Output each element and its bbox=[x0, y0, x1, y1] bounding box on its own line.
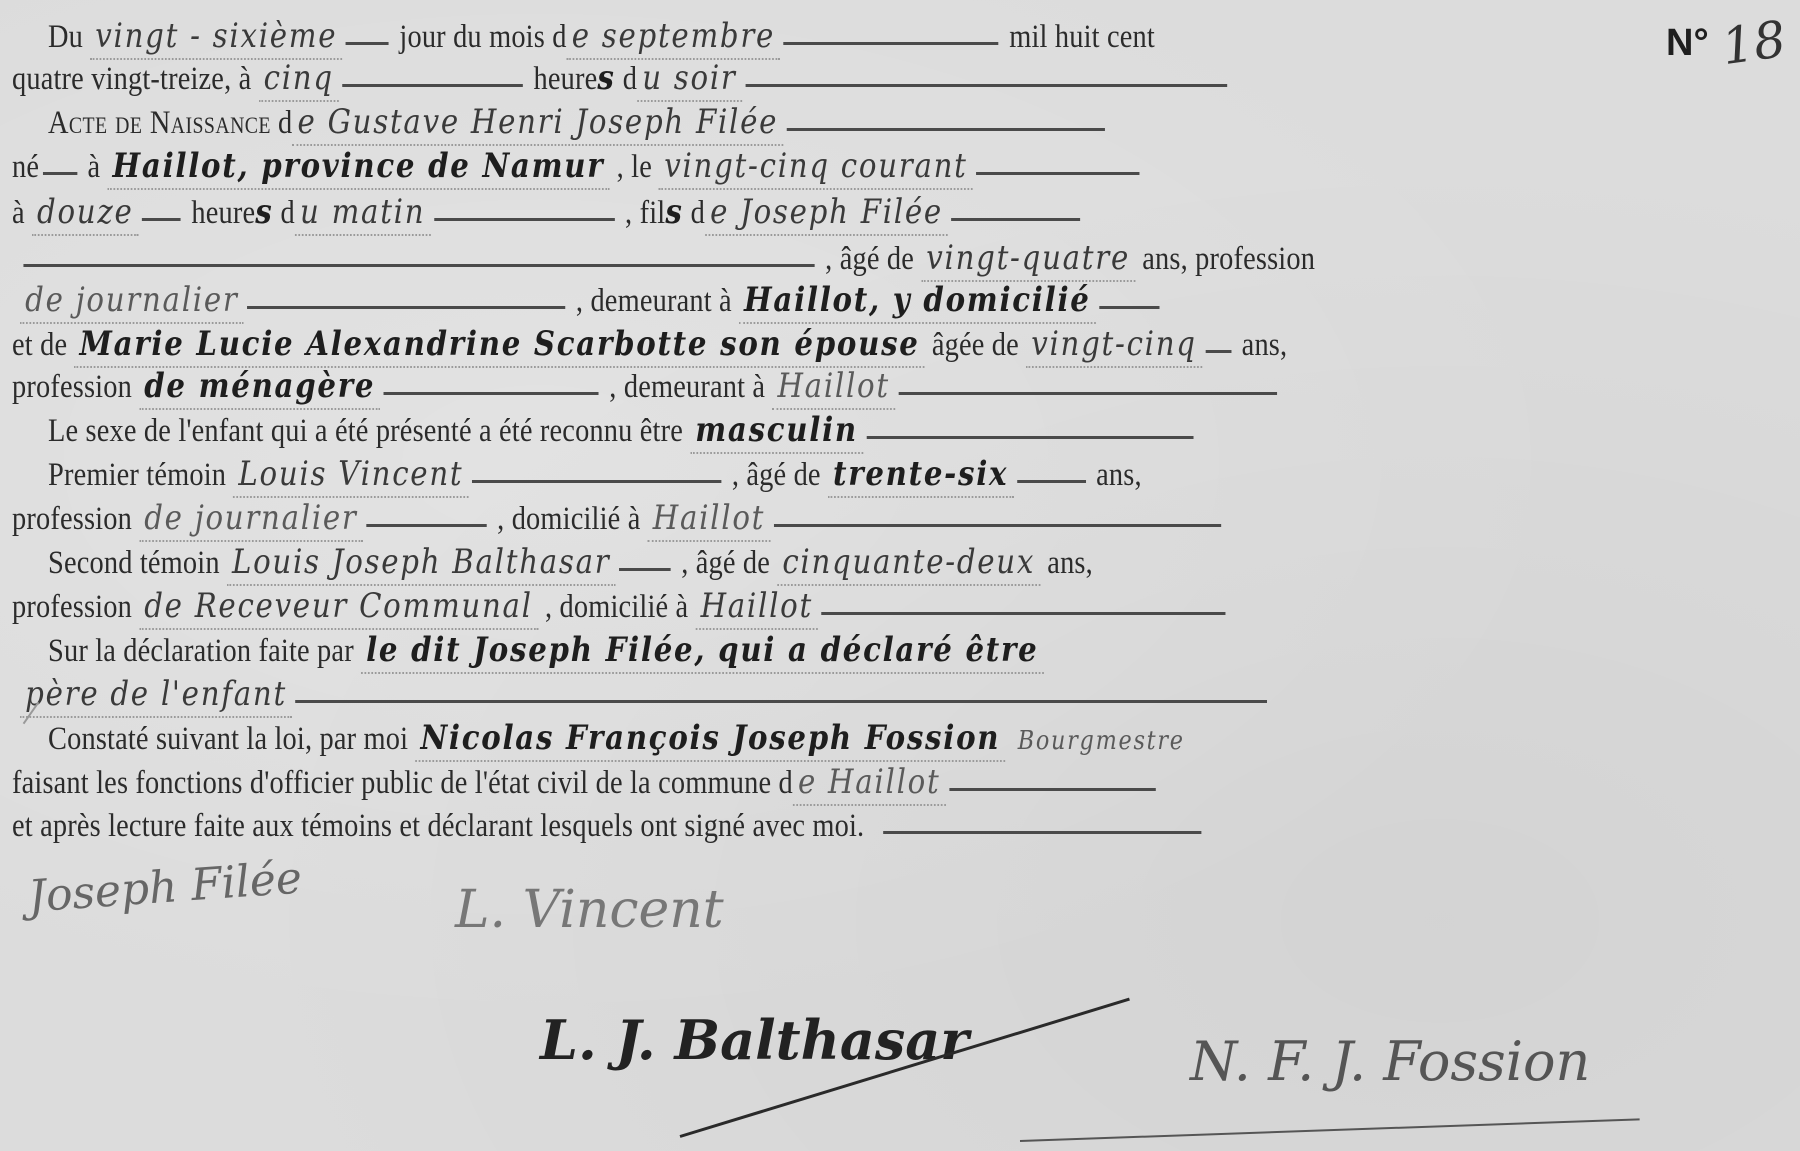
printed-profession: profession bbox=[12, 589, 132, 625]
line-second-witness-profession: profession de Receveur Communal , domici… bbox=[12, 584, 1229, 628]
line-mother-profession: profession de ménagère , demeurant à Hai… bbox=[12, 364, 1280, 408]
handwritten-father-profession: de journalier bbox=[20, 278, 244, 324]
filler-stroke bbox=[1205, 349, 1231, 353]
handwritten-hour: cinq bbox=[258, 56, 338, 102]
printed-ans-profession: ans, profession bbox=[1142, 241, 1315, 277]
handwritten-second-witness-profession: de Receveur Communal bbox=[139, 584, 538, 630]
handwritten-officer-title: Bourgmestre bbox=[1013, 719, 1190, 763]
handwritten-commune: e Haillot bbox=[793, 760, 946, 806]
line-declarant-relation: père de l'enfant bbox=[20, 672, 1271, 716]
printed-d: d bbox=[691, 195, 705, 231]
line-birth-hour-father: à douze heures du matin , fils de Joseph… bbox=[12, 190, 1084, 234]
line-declarant: Sur la déclaration faite par le dit Jose… bbox=[48, 628, 1044, 672]
printed-agee-de: âgée de bbox=[932, 327, 1019, 363]
filler-stroke bbox=[296, 699, 1268, 703]
signature-officer: N. F. J. Fossion bbox=[1190, 1030, 1590, 1093]
handwritten-child-name: e Gustave Henri Joseph Filée bbox=[292, 100, 783, 146]
printed-age-de: , âgé de bbox=[681, 545, 770, 581]
handwritten-birth-hour: douze bbox=[32, 190, 139, 236]
printed-d: d bbox=[278, 105, 292, 141]
printed-closing-statement: et après lecture faite aux témoins et dé… bbox=[12, 808, 864, 844]
filler-stroke bbox=[745, 83, 1227, 87]
line-year-hour: quatre vingt-treize, à cinq heures du so… bbox=[12, 56, 1230, 100]
printed-demeurant: , demeurant à bbox=[576, 283, 732, 319]
printed-acte-de-naissance: Acte de Naissance bbox=[48, 105, 271, 141]
handwritten-first-witness-age: trente-six bbox=[828, 452, 1014, 498]
filler-stroke bbox=[898, 391, 1276, 395]
line-first-witness-profession: profession de journalier , domicilié à H… bbox=[12, 496, 1224, 540]
line-date-day: Du vingt - sixième jour du mois de septe… bbox=[48, 14, 1155, 58]
filler-stroke bbox=[883, 830, 1201, 834]
printed-a: à bbox=[88, 149, 101, 185]
line-birthplace: né à Haillot, province de Namur , le vin… bbox=[12, 144, 1143, 188]
printed-a: à bbox=[12, 195, 25, 231]
filler-stroke bbox=[867, 435, 1194, 439]
printed-constate: Constaté suivant la loi, par moi bbox=[48, 721, 408, 757]
signature-declarant: Joseph Filée bbox=[27, 853, 304, 923]
line-father-age: , âgé de vingt-quatre ans, profession bbox=[20, 236, 1315, 280]
filler-stroke bbox=[342, 83, 523, 87]
handwritten-father-residence: Haillot, y domicilié bbox=[739, 278, 1096, 324]
handwritten-second-witness-age: cinquante-deux bbox=[777, 540, 1040, 586]
printed-du: Du bbox=[48, 19, 83, 55]
line-second-witness: Second témoin Louis Joseph Balthasar , â… bbox=[48, 540, 1093, 584]
act-number-value: 18 bbox=[1718, 10, 1789, 76]
line-first-witness: Premier témoin Louis Vincent , âgé de tr… bbox=[48, 452, 1142, 496]
printed-le: , le bbox=[617, 149, 652, 185]
printed-demeurant: , demeurant à bbox=[609, 369, 765, 405]
printed-ans: ans, bbox=[1096, 457, 1142, 493]
line-officer: Constaté suivant la loi, par moi Nicolas… bbox=[48, 716, 1190, 760]
handwritten-fils-s: s bbox=[665, 190, 683, 234]
line-commune: faisant les fonctions d'officier public … bbox=[12, 760, 1159, 804]
printed-et-de: et de bbox=[12, 327, 67, 363]
printed-heures: heure bbox=[534, 61, 598, 97]
signature-underline bbox=[1020, 1118, 1640, 1142]
printed-age-de: , âgé de bbox=[732, 457, 821, 493]
handwritten-second-witness-residence: Haillot bbox=[695, 584, 818, 630]
handwritten-plural-s: s bbox=[255, 190, 273, 234]
handwritten-mother-residence: Haillot bbox=[772, 364, 895, 410]
handwritten-father-age: vingt-quatre bbox=[921, 236, 1135, 282]
handwritten-first-witness-name: Louis Vincent bbox=[233, 452, 468, 498]
printed-sexe-enfant: Le sexe de l'enfant qui a été présenté a… bbox=[48, 413, 683, 449]
filler-stroke bbox=[774, 523, 1221, 527]
line-child-sex: Le sexe de l'enfant qui a été présenté a… bbox=[48, 408, 1197, 452]
handwritten-declarant: le dit Joseph Filée, qui a déclaré être bbox=[361, 628, 1044, 674]
handwritten-time-of-day: u soir bbox=[637, 56, 742, 102]
printed-profession: profession bbox=[12, 501, 132, 537]
printed-mil-huit-cent: mil huit cent bbox=[1009, 19, 1155, 55]
filler-stroke bbox=[23, 263, 814, 267]
printed-fils: , fil bbox=[625, 195, 665, 231]
filler-stroke bbox=[1017, 479, 1086, 483]
handwritten-declarant-relation: père de l'enfant bbox=[20, 672, 292, 718]
printed-d: d bbox=[281, 195, 295, 231]
handwritten-month: e septembre bbox=[567, 14, 781, 60]
birth-certificate-page: N° 18 Du vingt - sixième jour du mois de… bbox=[0, 0, 1800, 1151]
filler-stroke bbox=[1099, 305, 1159, 309]
filler-stroke bbox=[951, 217, 1080, 221]
printed-heures: heure bbox=[191, 195, 255, 231]
filler-stroke bbox=[784, 41, 999, 45]
handwritten-birth-day: vingt-cinq courant bbox=[659, 144, 973, 190]
filler-stroke bbox=[472, 479, 721, 483]
printed-ne: né bbox=[12, 149, 39, 185]
handwritten-second-witness-name: Louis Joseph Balthasar bbox=[227, 540, 616, 586]
handwritten-mother-name: Marie Lucie Alexandrine Scarbotte son ép… bbox=[74, 322, 924, 368]
printed-ans: ans, bbox=[1242, 327, 1288, 363]
filler-stroke bbox=[822, 611, 1226, 615]
line-mother-name: et de Marie Lucie Alexandrine Scarbotte … bbox=[12, 322, 1287, 366]
filler-stroke bbox=[949, 787, 1155, 791]
filler-stroke bbox=[43, 171, 77, 175]
handwritten-child-sex: masculin bbox=[690, 408, 863, 454]
filler-stroke bbox=[384, 391, 599, 395]
printed-ans: ans, bbox=[1047, 545, 1093, 581]
signature-first-witness: L. Vincent bbox=[455, 880, 724, 940]
filler-stroke bbox=[247, 305, 565, 309]
handwritten-father-name: e Joseph Filée bbox=[705, 190, 948, 236]
line-closing: et après lecture faite aux témoins et dé… bbox=[12, 804, 1205, 848]
printed-sur-la-declaration: Sur la déclaration faite par bbox=[48, 633, 354, 669]
filler-stroke bbox=[434, 217, 615, 221]
signature-second-witness: L. J. Balthasar bbox=[540, 1008, 969, 1072]
printed-age-de: , âgé de bbox=[825, 241, 914, 277]
handwritten-officer-name: Nicolas François Joseph Fossion bbox=[415, 716, 1005, 762]
act-number-label: N° bbox=[1666, 22, 1709, 65]
printed-d: d bbox=[623, 61, 637, 97]
handwritten-mother-age: vingt-cinq bbox=[1026, 322, 1202, 368]
line-child-name: Acte de Naissance de Gustave Henri Josep… bbox=[48, 100, 1108, 144]
handwritten-first-witness-residence: Haillot bbox=[648, 496, 771, 542]
printed-domicilie: , domicilié à bbox=[497, 501, 640, 537]
printed-year: quatre vingt-treize, à bbox=[12, 61, 251, 97]
filler-stroke bbox=[619, 567, 671, 571]
printed-profession: profession bbox=[12, 369, 132, 405]
handwritten-mother-profession: de ménagère bbox=[139, 364, 380, 410]
handwritten-first-witness-profession: de journalier bbox=[139, 496, 363, 542]
printed-premier-temoin: Premier témoin bbox=[48, 457, 226, 493]
handwritten-birth-time-of-day: u matin bbox=[295, 190, 431, 236]
printed-domicilie: , domicilié à bbox=[545, 589, 688, 625]
filler-stroke bbox=[142, 217, 181, 221]
printed-jour-du-mois: jour du mois d bbox=[399, 19, 566, 55]
filler-stroke bbox=[787, 127, 1105, 131]
handwritten-birthplace: Haillot, province de Namur bbox=[107, 144, 609, 190]
filler-stroke bbox=[346, 41, 389, 45]
handwritten-plural-s: s bbox=[597, 56, 615, 100]
printed-second-temoin: Second témoin bbox=[48, 545, 220, 581]
handwritten-day: vingt - sixième bbox=[90, 14, 342, 60]
filler-stroke bbox=[366, 523, 486, 527]
filler-stroke bbox=[976, 171, 1139, 175]
line-father-profession: de journalier , demeurant à Haillot, y d… bbox=[20, 278, 1163, 322]
printed-faisant-les-fonctions: faisant les fonctions d'officier public … bbox=[12, 765, 793, 801]
